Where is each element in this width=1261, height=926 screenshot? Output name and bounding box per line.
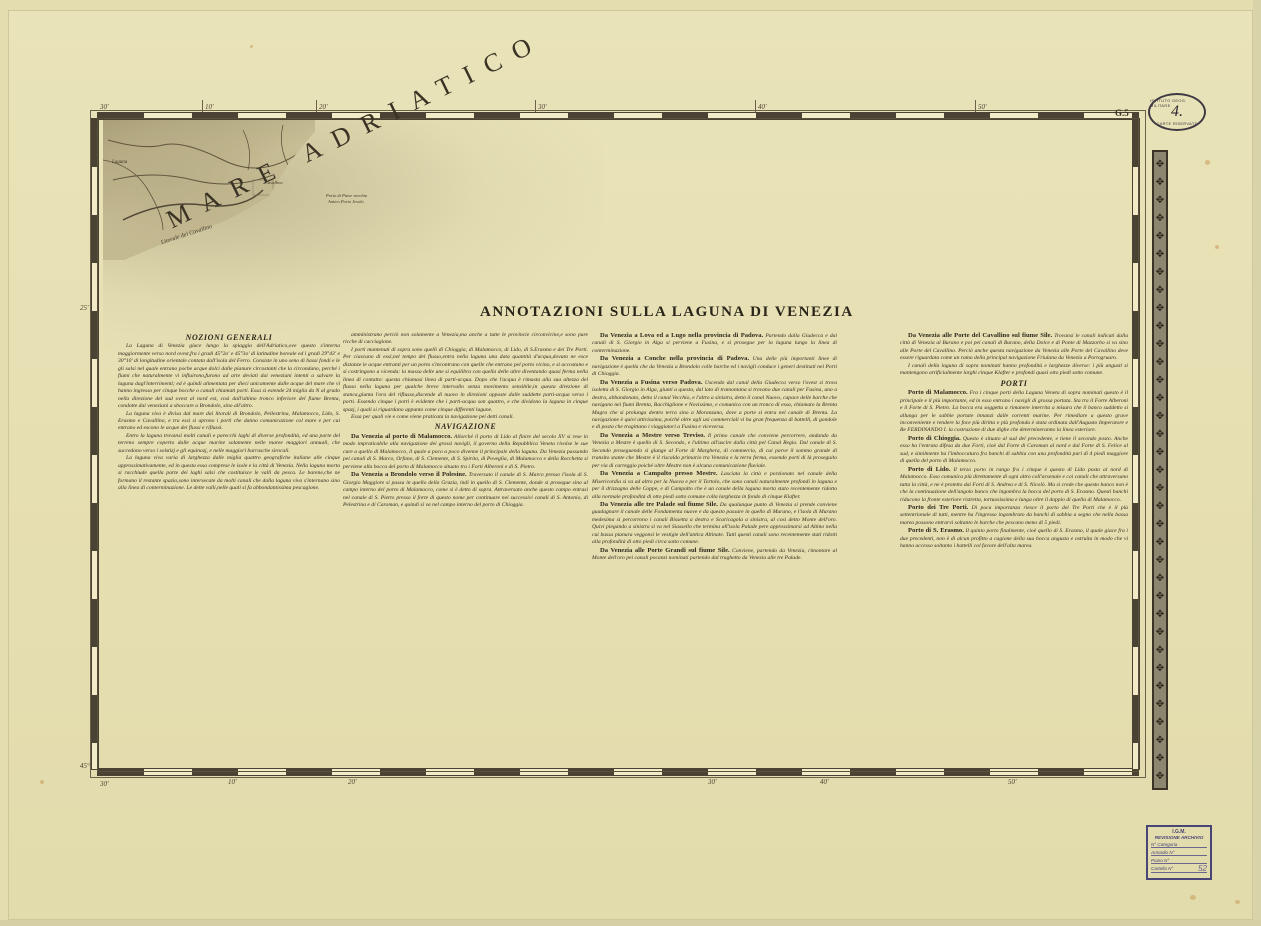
port-entry: Porto di S. Erasmo. Il quinto porto fina… bbox=[900, 527, 1128, 550]
degree-label-top: 50' bbox=[978, 103, 987, 111]
stamp-subheader: REVISIONE ARCHIVIO bbox=[1151, 835, 1207, 840]
flower-ornament-icon: ✥ bbox=[1156, 480, 1164, 498]
degree-label-top: 40' bbox=[758, 103, 767, 111]
flower-ornament-icon: ✥ bbox=[1156, 426, 1164, 444]
route-label: Da Venezia a Fusina verso Padova. bbox=[600, 379, 703, 386]
port-entry: Porto di Lido. Il terzo porto in rango f… bbox=[900, 466, 1128, 504]
flower-ornament-icon: ✥ bbox=[1156, 228, 1164, 246]
degree-tick bbox=[316, 100, 317, 112]
foxing-spot bbox=[1205, 160, 1210, 165]
stamp-row: N° Categoria bbox=[1151, 842, 1207, 848]
flower-ornament-icon: ✥ bbox=[1156, 516, 1164, 534]
route-label: Da Venezia alle Porte del Cavallino sul … bbox=[908, 332, 1052, 339]
flower-ornament-icon: ✥ bbox=[1156, 606, 1164, 624]
column-navigazione-routes: Da Venezia a Lova ed a Lugo nella provin… bbox=[592, 332, 837, 758]
stamp-ring-bottom-text: CARTE RISERVATE bbox=[1156, 121, 1197, 126]
degree-tick bbox=[535, 100, 536, 112]
column-nozioni-generali: NOZIONI GENERALI La Laguna di Venezia gi… bbox=[118, 332, 340, 758]
flower-ornament-icon: ✥ bbox=[1156, 318, 1164, 336]
place-label: Laguna bbox=[112, 160, 127, 165]
route-entry: Da Venezia al porto di Malamocco. Allorc… bbox=[343, 433, 588, 471]
port-label: Porto di Malamocco. bbox=[908, 389, 968, 396]
degree-tick bbox=[755, 100, 756, 112]
port-label: Porto di Lido. bbox=[908, 466, 950, 473]
route-label: Da Venezia al porto di Malamocco. bbox=[351, 433, 452, 440]
route-text: Uscendo dal canal della Giudecca verso l… bbox=[592, 380, 837, 431]
institute-oval-stamp: ISTITUTO GEOG. MILITARE 4. CARTE RISERVA… bbox=[1148, 93, 1206, 131]
foxing-spot bbox=[250, 45, 253, 48]
flower-ornament-icon: ✥ bbox=[1156, 408, 1164, 426]
paragraph: amministrano perciò non solamente a Vene… bbox=[343, 332, 588, 347]
paragraph: Entro la laguna trovansi molti canali e … bbox=[118, 433, 340, 455]
route-label: Da Venezia alle Porte Grandi sul fiume S… bbox=[600, 547, 730, 554]
flower-ornament-icon: ✥ bbox=[1156, 390, 1164, 408]
route-label: Da Venezia alle tre Palade sul fiume Sil… bbox=[600, 501, 718, 508]
scan-edge-right bbox=[1253, 0, 1261, 926]
flower-ornament-icon: ✥ bbox=[1156, 534, 1164, 552]
flower-ornament-icon: ✥ bbox=[1156, 750, 1164, 768]
flower-ornament-icon: ✥ bbox=[1156, 714, 1164, 732]
flower-ornament-icon: ✥ bbox=[1156, 624, 1164, 642]
paragraph: I porti mantenuti di sopra sono quelli d… bbox=[343, 347, 588, 414]
paragraph: La laguna viva varia di larghezza dalle … bbox=[118, 455, 340, 492]
flower-ornament-icon: ✥ bbox=[1156, 336, 1164, 354]
paragraph: La laguna viva è divisa dal mare dai lit… bbox=[118, 411, 340, 433]
stamp-row: Cartella N°52 bbox=[1151, 866, 1207, 873]
archive-revision-stamp: I.G.M. REVISIONE ARCHIVIO N° Categoria A… bbox=[1146, 825, 1212, 880]
flower-ornament-icon: ✥ bbox=[1156, 498, 1164, 516]
flower-ornament-icon: ✥ bbox=[1156, 552, 1164, 570]
flower-ornament-icon: ✥ bbox=[1156, 678, 1164, 696]
route-entry: Da Venezia alle Porte del Cavallino sul … bbox=[900, 332, 1128, 363]
stamp-ring-top-text: ISTITUTO GEOG. MILITARE bbox=[1150, 98, 1204, 108]
route-label: Da Venezia a Mestre verso Treviso. bbox=[600, 432, 705, 439]
stamp-row-label: Piano N° bbox=[1151, 858, 1169, 863]
flower-ornament-icon: ✥ bbox=[1156, 192, 1164, 210]
flower-ornament-icon: ✥ bbox=[1156, 462, 1164, 480]
foxing-spot bbox=[40, 780, 44, 784]
route-entry: Da Venezia a Fusina verso Padova. Uscend… bbox=[592, 379, 837, 432]
flower-ornament-icon: ✥ bbox=[1156, 588, 1164, 606]
foxing-spot bbox=[1190, 895, 1196, 900]
flower-ornament-icon: ✥ bbox=[1156, 642, 1164, 660]
sheet-grid-code: G.5 bbox=[1115, 108, 1129, 118]
foxing-spot bbox=[1215, 245, 1219, 249]
route-label: Da Venezia a Conche nella provincia di P… bbox=[600, 355, 749, 362]
flower-ornament-icon: ✥ bbox=[1156, 156, 1164, 174]
degree-label-left: 45° bbox=[80, 762, 90, 770]
port-label: Porto di Chioggia. bbox=[908, 435, 961, 442]
port-entry: Porto di Malamocco. Fra i cinque porti d… bbox=[900, 389, 1128, 435]
flower-ornament-icon: ✥ bbox=[1156, 264, 1164, 282]
flower-ornament-icon: ✥ bbox=[1156, 444, 1164, 462]
degree-label-top: 20' bbox=[319, 103, 328, 111]
port-text: Fra i cinque porti della Laguna Veneta d… bbox=[900, 390, 1128, 433]
section-heading-porti: PORTI bbox=[900, 380, 1128, 387]
stamp-row: Armadio N° bbox=[1151, 850, 1207, 856]
flower-ornament-icon: ✥ bbox=[1156, 174, 1164, 192]
port-entry: Porto di Chioggia. Questo è situato al s… bbox=[900, 435, 1128, 466]
degree-tick bbox=[975, 100, 976, 112]
route-entry: Da Venezia alle Porte Grandi sul fiume S… bbox=[592, 547, 837, 563]
degree-label-bottom: 40' bbox=[820, 778, 829, 786]
degree-label-top: 10' bbox=[205, 103, 214, 111]
degree-label-top-left: 30' bbox=[100, 103, 109, 111]
stamp-row-label: Cartella N° bbox=[1151, 866, 1173, 872]
flower-ornament-icon: ✥ bbox=[1156, 570, 1164, 588]
column-porti-navigazione: amministrano perciò non solamente a Vene… bbox=[343, 332, 588, 758]
route-entry: Da Venezia a Conche nella provincia di P… bbox=[592, 355, 837, 378]
degree-tick bbox=[202, 100, 203, 112]
paragraph: La Laguna di Venezia giace lungo la spia… bbox=[118, 343, 340, 410]
port-label: Porto dei Tre Porti. bbox=[908, 504, 968, 511]
route-entry: Da Venezia alle tre Palade sul fiume Sil… bbox=[592, 501, 837, 547]
degree-label-bottom: 30' bbox=[708, 778, 717, 786]
flower-ornament-icon: ✥ bbox=[1156, 696, 1164, 714]
stamp-row-label: Armadio N° bbox=[1151, 850, 1175, 855]
flower-ornament-icon: ✥ bbox=[1156, 300, 1164, 318]
place-label: Porto di Piave vecchia bbox=[326, 193, 367, 198]
stamp-row-value: 52 bbox=[1198, 866, 1207, 872]
paragraph: I canali della laguna di sopra nominati … bbox=[900, 363, 1128, 378]
decorative-border-ornament: ✥✥✥✥✥✥✥✥✥✥✥✥✥✥✥✥✥✥✥✥✥✥✥✥✥✥✥✥✥✥✥✥✥✥✥ bbox=[1152, 150, 1168, 790]
flower-ornament-icon: ✥ bbox=[1156, 210, 1164, 228]
foxing-spot bbox=[1235, 900, 1240, 904]
column-porti: Da Venezia alle Porte del Cavallino sul … bbox=[900, 332, 1128, 758]
section-heading-navigazione: NAVIGAZIONE bbox=[343, 423, 588, 430]
degree-label-bottom: 20' bbox=[348, 778, 357, 786]
degree-label-bottom: 10' bbox=[228, 778, 237, 786]
flower-ornament-icon: ✥ bbox=[1156, 660, 1164, 678]
scan-edge-bottom bbox=[0, 920, 1261, 926]
place-label: Antico Porto Jesolo bbox=[328, 199, 364, 204]
route-label: Da Venezia a Campalto presso Mestre. bbox=[600, 470, 718, 477]
route-entry: Da Venezia a Mestre verso Treviso. Il pr… bbox=[592, 432, 837, 470]
flower-ornament-icon: ✥ bbox=[1156, 732, 1164, 750]
route-label: Da Venezia a Brondolo verso il Polesine. bbox=[351, 471, 467, 478]
flower-ornament-icon: ✥ bbox=[1156, 246, 1164, 264]
route-text: Da qualunque punto di Venezia si prende … bbox=[592, 502, 837, 545]
flower-ornament-icon: ✥ bbox=[1156, 282, 1164, 300]
route-entry: Da Venezia a Lova ed a Lugo nella provin… bbox=[592, 332, 837, 355]
port-label: Porto di S. Erasmo. bbox=[908, 527, 964, 534]
route-entry: Da Venezia a Brondolo verso il Polesine.… bbox=[343, 471, 588, 509]
degree-label-top: 30' bbox=[538, 103, 547, 111]
flower-ornament-icon: ✥ bbox=[1156, 354, 1164, 372]
port-entry: Porto dei Tre Porti. Di poca importanza … bbox=[900, 504, 1128, 527]
section-heading-nozioni-generali: NOZIONI GENERALI bbox=[118, 334, 340, 341]
degree-label-bottom-left: 30' bbox=[100, 780, 109, 788]
stamp-row-label: N° Categoria bbox=[1151, 842, 1177, 847]
degree-label-bottom: 50' bbox=[1008, 778, 1017, 786]
degree-label-left: 25' bbox=[80, 304, 89, 312]
route-label: Da Venezia a Lova ed a Lugo nella provin… bbox=[600, 332, 763, 339]
flower-ornament-icon: ✥ bbox=[1156, 768, 1164, 786]
document-title: ANNOTAZIONI SULLA LAGUNA DI VENEZIA bbox=[480, 304, 854, 321]
route-entry: Da Venezia a Campalto presso Mestre. Las… bbox=[592, 470, 837, 501]
paragraph: Essa per quali vie e come viene praticat… bbox=[343, 414, 588, 421]
flower-ornament-icon: ✥ bbox=[1156, 372, 1164, 390]
